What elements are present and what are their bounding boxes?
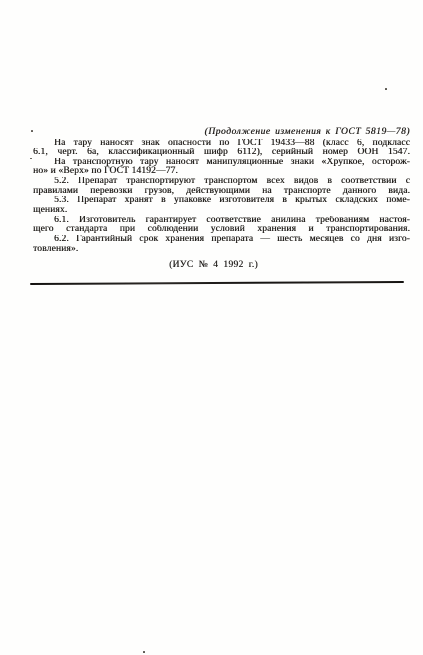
text-line: 6.1. Изготовитель гарантирует соответств… — [33, 216, 410, 226]
scan-speck — [30, 158, 32, 159]
text-line: На тару наносят знак опасности по ГОСТ 1… — [33, 139, 410, 149]
text-line: 6.2. Гарантийный срок хранения препарата… — [33, 235, 410, 245]
scan-speck — [385, 88, 387, 90]
continuation-note: (Продолжение изменения к ГОСТ 5819—78) — [33, 127, 410, 137]
text-line: 5.2. Препарат транспортируют транспортом… — [33, 177, 410, 187]
scan-speck — [143, 651, 145, 653]
text-line: правилами перевозки грузов, действующими… — [33, 187, 410, 197]
text-line: щениях. — [33, 206, 410, 216]
source-note: (ИУС № 4 1992 г.) — [25, 260, 402, 270]
text-line: 5.3. Препарат хранят в упаковке изготови… — [33, 196, 410, 206]
text-line: товления». — [33, 245, 410, 255]
text-line: но» и «Верх» по ГОСТ 14192—77. — [33, 167, 410, 177]
text-line: щего стандарта при соблюдении условий хр… — [33, 225, 410, 235]
body-text: На тару наносят знак опасности по ГОСТ 1… — [33, 139, 410, 255]
text-line: 6.1, черт. 6а, классификационный шифр 61… — [33, 148, 410, 158]
horizontal-rule — [30, 281, 404, 285]
document-page: (Продолжение изменения к ГОСТ 5819—78) Н… — [0, 0, 423, 655]
